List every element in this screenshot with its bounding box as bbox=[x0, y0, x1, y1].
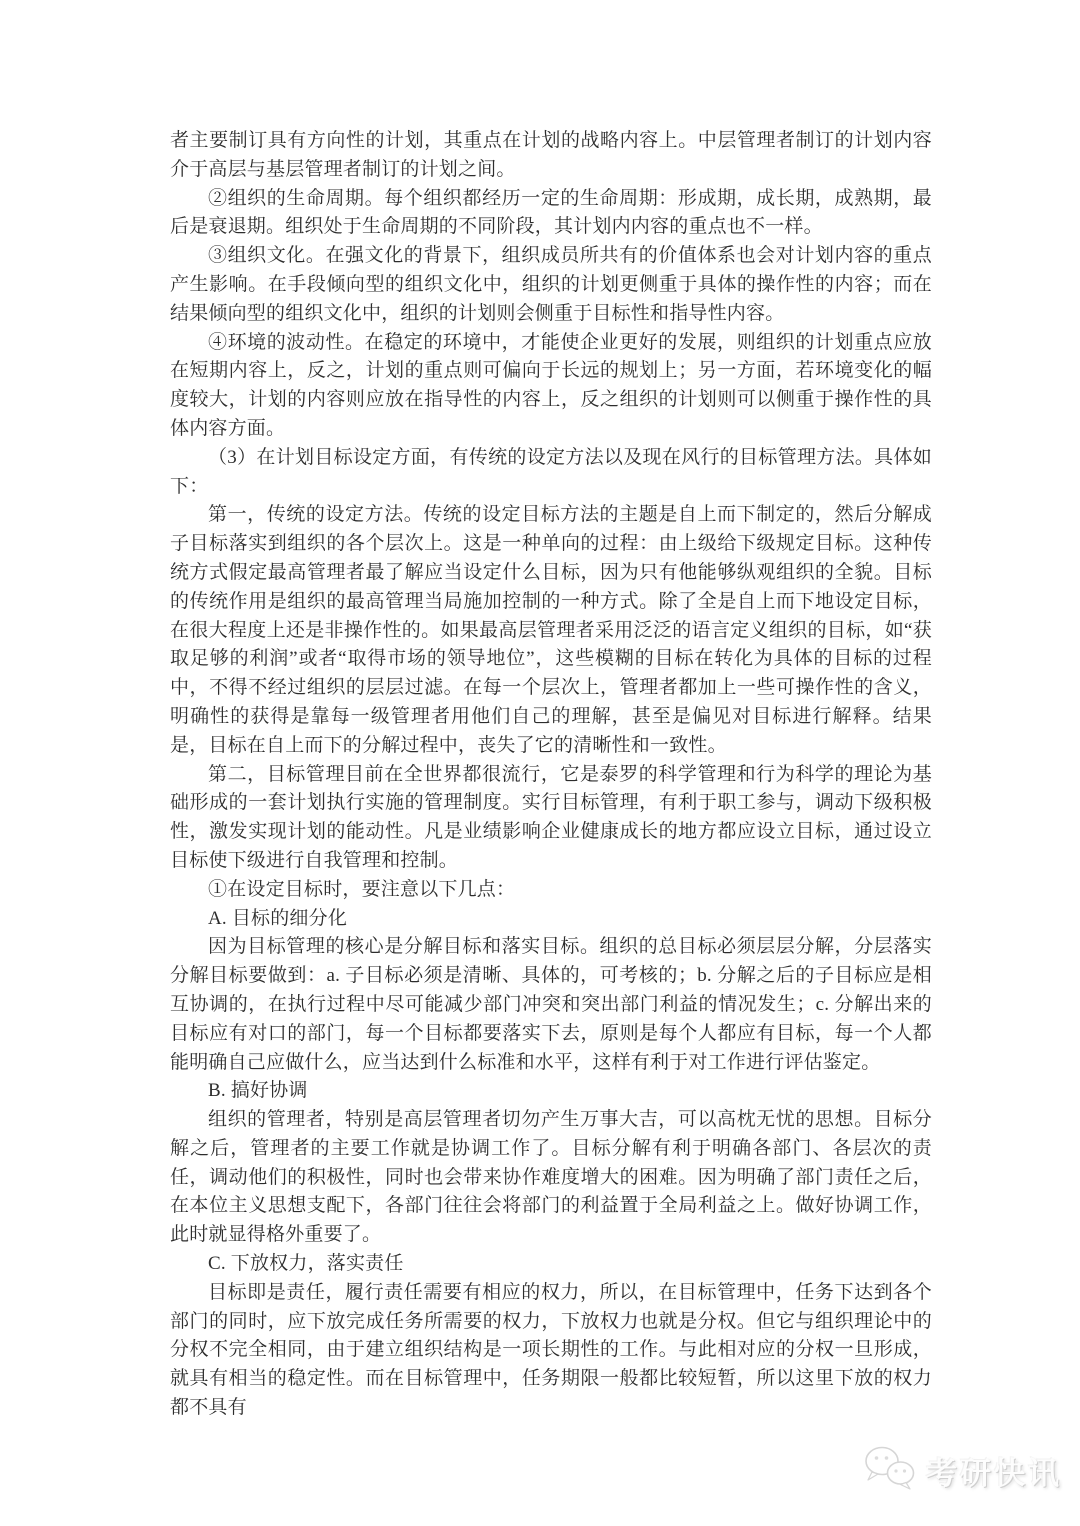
paragraph: 第一，传统的设定方法。传统的设定目标方法的主题是自上而下制定的，然后分解成子目标… bbox=[170, 501, 932, 760]
paragraph: 组织的管理者，特别是高层管理者切勿产生万事大吉，可以高枕无忧的思想。目标分解之后… bbox=[170, 1106, 932, 1250]
paragraph: C. 下放权力，落实责任 bbox=[170, 1250, 932, 1279]
paragraph: ④环境的波动性。在稳定的环境中，才能使企业更好的发展，则组织的计划重点应放在短期… bbox=[170, 329, 932, 444]
paragraph: ③组织文化。在强文化的背景下，组织成员所共有的价值体系也会对计划内容的重点产生影… bbox=[170, 242, 932, 328]
document-body-text: 者主要制订具有方向性的计划，其重点在计划的战略内容上。中层管理者制订的计划内容介… bbox=[170, 127, 932, 1423]
paragraph: 第二，目标管理目前在全世界都很流行，它是泰罗的科学管理和行为科学的理论为基础形成… bbox=[170, 761, 932, 876]
document-page: 者主要制订具有方向性的计划，其重点在计划的战略内容上。中层管理者制订的计划内容介… bbox=[0, 0, 1080, 1526]
paragraph: 因为目标管理的核心是分解目标和落实目标。组织的总目标必须层层分解，分层落实分解目… bbox=[170, 933, 932, 1077]
watermark: 考研快讯 bbox=[862, 1443, 1062, 1498]
paragraph: B. 搞好协调 bbox=[170, 1077, 932, 1106]
wechat-chat-bubbles-icon bbox=[862, 1443, 920, 1498]
watermark-label: 考研快讯 bbox=[926, 1448, 1062, 1493]
paragraph: A. 目标的细分化 bbox=[170, 905, 932, 934]
paragraph: ②组织的生命周期。每个组织都经历一定的生命周期：形成期，成长期，成熟期，最后是衰… bbox=[170, 185, 932, 243]
paragraph: （3）在计划目标设定方面，有传统的设定方法以及现在风行的目标管理方法。具体如下： bbox=[170, 444, 932, 502]
paragraph: 者主要制订具有方向性的计划，其重点在计划的战略内容上。中层管理者制订的计划内容介… bbox=[170, 127, 932, 185]
paragraph: ①在设定目标时，要注意以下几点： bbox=[170, 876, 932, 905]
paragraph: 目标即是责任，履行责任需要有相应的权力，所以，在目标管理中，任务下达到各个部门的… bbox=[170, 1279, 932, 1423]
